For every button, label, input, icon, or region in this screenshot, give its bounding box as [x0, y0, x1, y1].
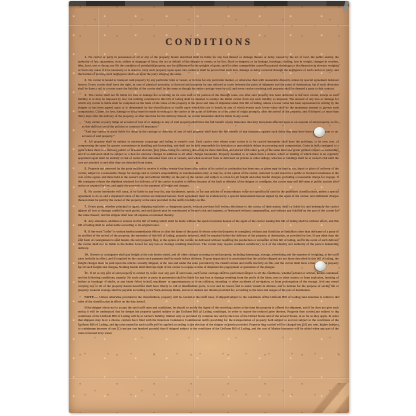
bottom-right-fold [301, 383, 349, 413]
condition-paragraph: 2. No carrier is bound to transport said… [78, 78, 339, 91]
condition-paragraph: 10. Owners or consignees shall pay freig… [78, 252, 339, 269]
document-page: CONDITIONS 1. No carrier or party in pos… [69, 1, 349, 413]
condition-paragraph: NOTE.— Unless otherwise provided in the … [78, 295, 339, 303]
paragraph-number: 2. [85, 78, 89, 81]
red-ink-speck [196, 162, 198, 164]
conditions-body: 1. No carrier or party in possession of … [78, 55, 339, 335]
fold-crease-horizontal [69, 377, 349, 379]
condition-paragraph: 11. If all or any part of said property … [78, 271, 339, 292]
paragraph-number: NOTE.— [85, 295, 100, 298]
punch-hole-top [314, 127, 325, 137]
paragraph-number: 9. [85, 230, 89, 233]
condition-paragraph: 6. No carrier hereunder will carry, or b… [78, 190, 339, 203]
condition-paragraph: 9. If the word “order” is written hereon… [78, 229, 339, 250]
paragraph-number: 1. [85, 55, 89, 58]
paragraph-number: 4. [85, 140, 89, 143]
condition-paragraph: 1. No carrier or party in possession of … [78, 55, 339, 76]
paragraph-number: 5. [85, 167, 89, 170]
conditions-text-area: 1. No carrier or party in possession of … [78, 55, 339, 339]
fold-crease-horizontal [69, 24, 349, 26]
condition-paragraph: 3. The carrier shall not be liable for l… [78, 93, 339, 118]
paragraph-number: 11. [85, 272, 90, 275]
punch-hole-bottom [315, 261, 326, 271]
page-top-edge-shadow [69, 1, 349, 6]
paragraph-number: 10. [85, 253, 90, 256]
condition-paragraph: “Any carrier or party liable on account … [82, 120, 338, 128]
paragraph-number: 6. [85, 190, 89, 193]
condition-paragraph: If the shipper elects not to accept the … [78, 305, 339, 335]
paragraph-number: 3. [85, 93, 89, 96]
condition-paragraph: 8. Any alteration, addition or erasure i… [78, 219, 339, 227]
condition-paragraph: “And any carrier or party liable for del… [82, 130, 338, 138]
paragraph-number: 7. [85, 205, 89, 208]
page-title: CONDITIONS [69, 38, 349, 48]
condition-paragraph: 4. All property shall be subject to nece… [78, 139, 339, 164]
photo-background: CONDITIONS 1. No carrier or party in pos… [0, 0, 416, 416]
paragraph-number: 8. [85, 219, 89, 222]
condition-paragraph: 5. Property not removed by the party ent… [78, 167, 339, 188]
condition-paragraph: 7. Every party, whether principal or age… [78, 204, 339, 217]
